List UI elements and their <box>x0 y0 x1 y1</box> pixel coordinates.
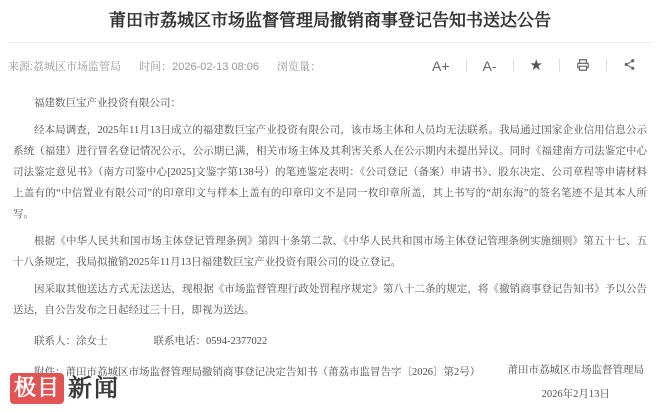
article-body: 福建数巨宝产业投资有限公司： 经本局调查，2025年11月13日成立的福建数巨宝… <box>13 93 647 383</box>
paragraph-legal-basis: 根据《中华人民共和国市场主体登记管理条例》第四十条第二款、《中华人民共和国市场主… <box>13 231 647 273</box>
printer-icon <box>576 58 590 74</box>
favorite-button[interactable]: ★ <box>514 58 559 73</box>
meta-row: 来源:荔城区市场监管局 时间：2026-02-13 08:06 浏览量： A+ … <box>0 43 660 78</box>
article-meta: 来源:荔城区市场监管局 时间：2026-02-13 08:06 浏览量： <box>8 58 336 74</box>
salutation: 福建数巨宝产业投资有限公司： <box>13 93 647 114</box>
signoff-agency: 莆田市荔城区市场监督管理局 <box>508 362 645 377</box>
share-button[interactable] <box>607 58 652 73</box>
article-time: 时间：2026-02-13 08:06 <box>139 61 259 73</box>
print-button[interactable] <box>560 58 606 74</box>
paragraph-delivery: 因采取其他送达方式无法送达，现根据《市场监督管理行政处罚程序规定》第八十二条的规… <box>13 279 647 321</box>
signoff-block: 莆田市荔城区市场监督管理局 2026年2月13日 <box>508 362 645 401</box>
font-decrease-button[interactable]: A- <box>467 59 513 73</box>
star-icon: ★ <box>530 58 543 73</box>
contact-line: 联系人：涂女士联系电话：0594-2377022 <box>13 331 647 352</box>
contact-phone: 联系电话：0594-2377022 <box>154 336 268 347</box>
share-icon <box>623 58 636 73</box>
article-toolbar: A+ A- ★ <box>416 58 652 74</box>
page-title: 莆田市荔城区市场监督管理局撤销商事登记告知书送达公告 <box>0 0 660 34</box>
signoff-date: 2026年2月13日 <box>508 386 645 401</box>
font-increase-button[interactable]: A+ <box>416 59 466 73</box>
contact-person: 联系人：涂女士 <box>34 336 108 347</box>
logo-red-box: 极目 <box>10 373 64 404</box>
jimu-news-logo: 极目 新闻 <box>10 373 120 404</box>
article-views: 浏览量： <box>277 61 321 73</box>
logo-text: 新闻 <box>68 377 120 401</box>
article-source: 来源:荔城区市场监管局 <box>8 61 121 73</box>
paragraph-investigation: 经本局调查，2025年11月13日成立的福建数巨宝产业投资有限公司，该市场主体和… <box>13 120 647 225</box>
